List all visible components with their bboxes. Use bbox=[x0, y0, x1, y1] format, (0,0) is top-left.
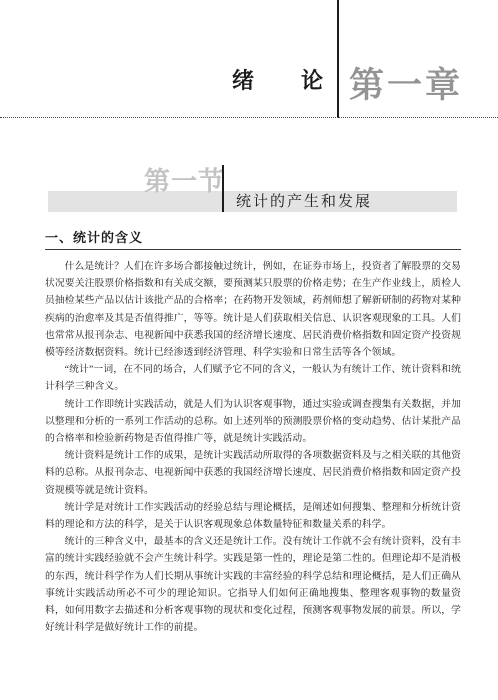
body-paragraph-1: 什么是统计？人们在许多场合都接触过统计，例如，在证券市场上，投资者了解股票的交易… bbox=[45, 258, 461, 361]
chapter-label: 第一章 bbox=[349, 58, 463, 108]
body-content: 一、统计的含义 什么是统计？人们在许多场合都接触过统计，例如，在证券市场上，投资… bbox=[45, 231, 461, 636]
body-paragraph-2: “统计”一词，在不同的场合，人们赋予它不同的含义，一般认为有统计工作、统计资料和… bbox=[45, 361, 461, 395]
section-number: 第一节 bbox=[144, 161, 225, 198]
body-paragraph-5: 统计学是对统计工作实践活动的经验总结与理论概括，是阐述如何搜集、整理和分析统计资… bbox=[45, 499, 461, 533]
subsection-heading: 一、统计的含义 bbox=[45, 231, 461, 245]
body-paragraph-6: 统计的三种含义中，最基本的含义还是统计工作。没有统计工作就不会有统计资料，没有丰… bbox=[45, 533, 461, 636]
textbook-page: 绪 论 第一章 第一节 统计的产生和发展 一、统计的含义 什么是统计？人们在许多… bbox=[0, 0, 498, 700]
section-title: 统计的产生和发展 bbox=[236, 192, 372, 213]
body-paragraph-3: 统计工作即统计实践活动，就是人们为认识客观事物，通过实验或调查搜集有关数据，并加… bbox=[45, 396, 461, 448]
dotted-separator bbox=[0, 117, 498, 118]
body-paragraph-4: 统计资料是统计工作的成果，是统计实践活动所取得的各项数据资料及与之相关联的其他资… bbox=[45, 447, 461, 499]
page-title: 绪 论 bbox=[232, 64, 324, 95]
section-divider-line bbox=[222, 165, 224, 212]
chapter-divider-line bbox=[337, 0, 339, 118]
heading-rule bbox=[45, 249, 461, 250]
